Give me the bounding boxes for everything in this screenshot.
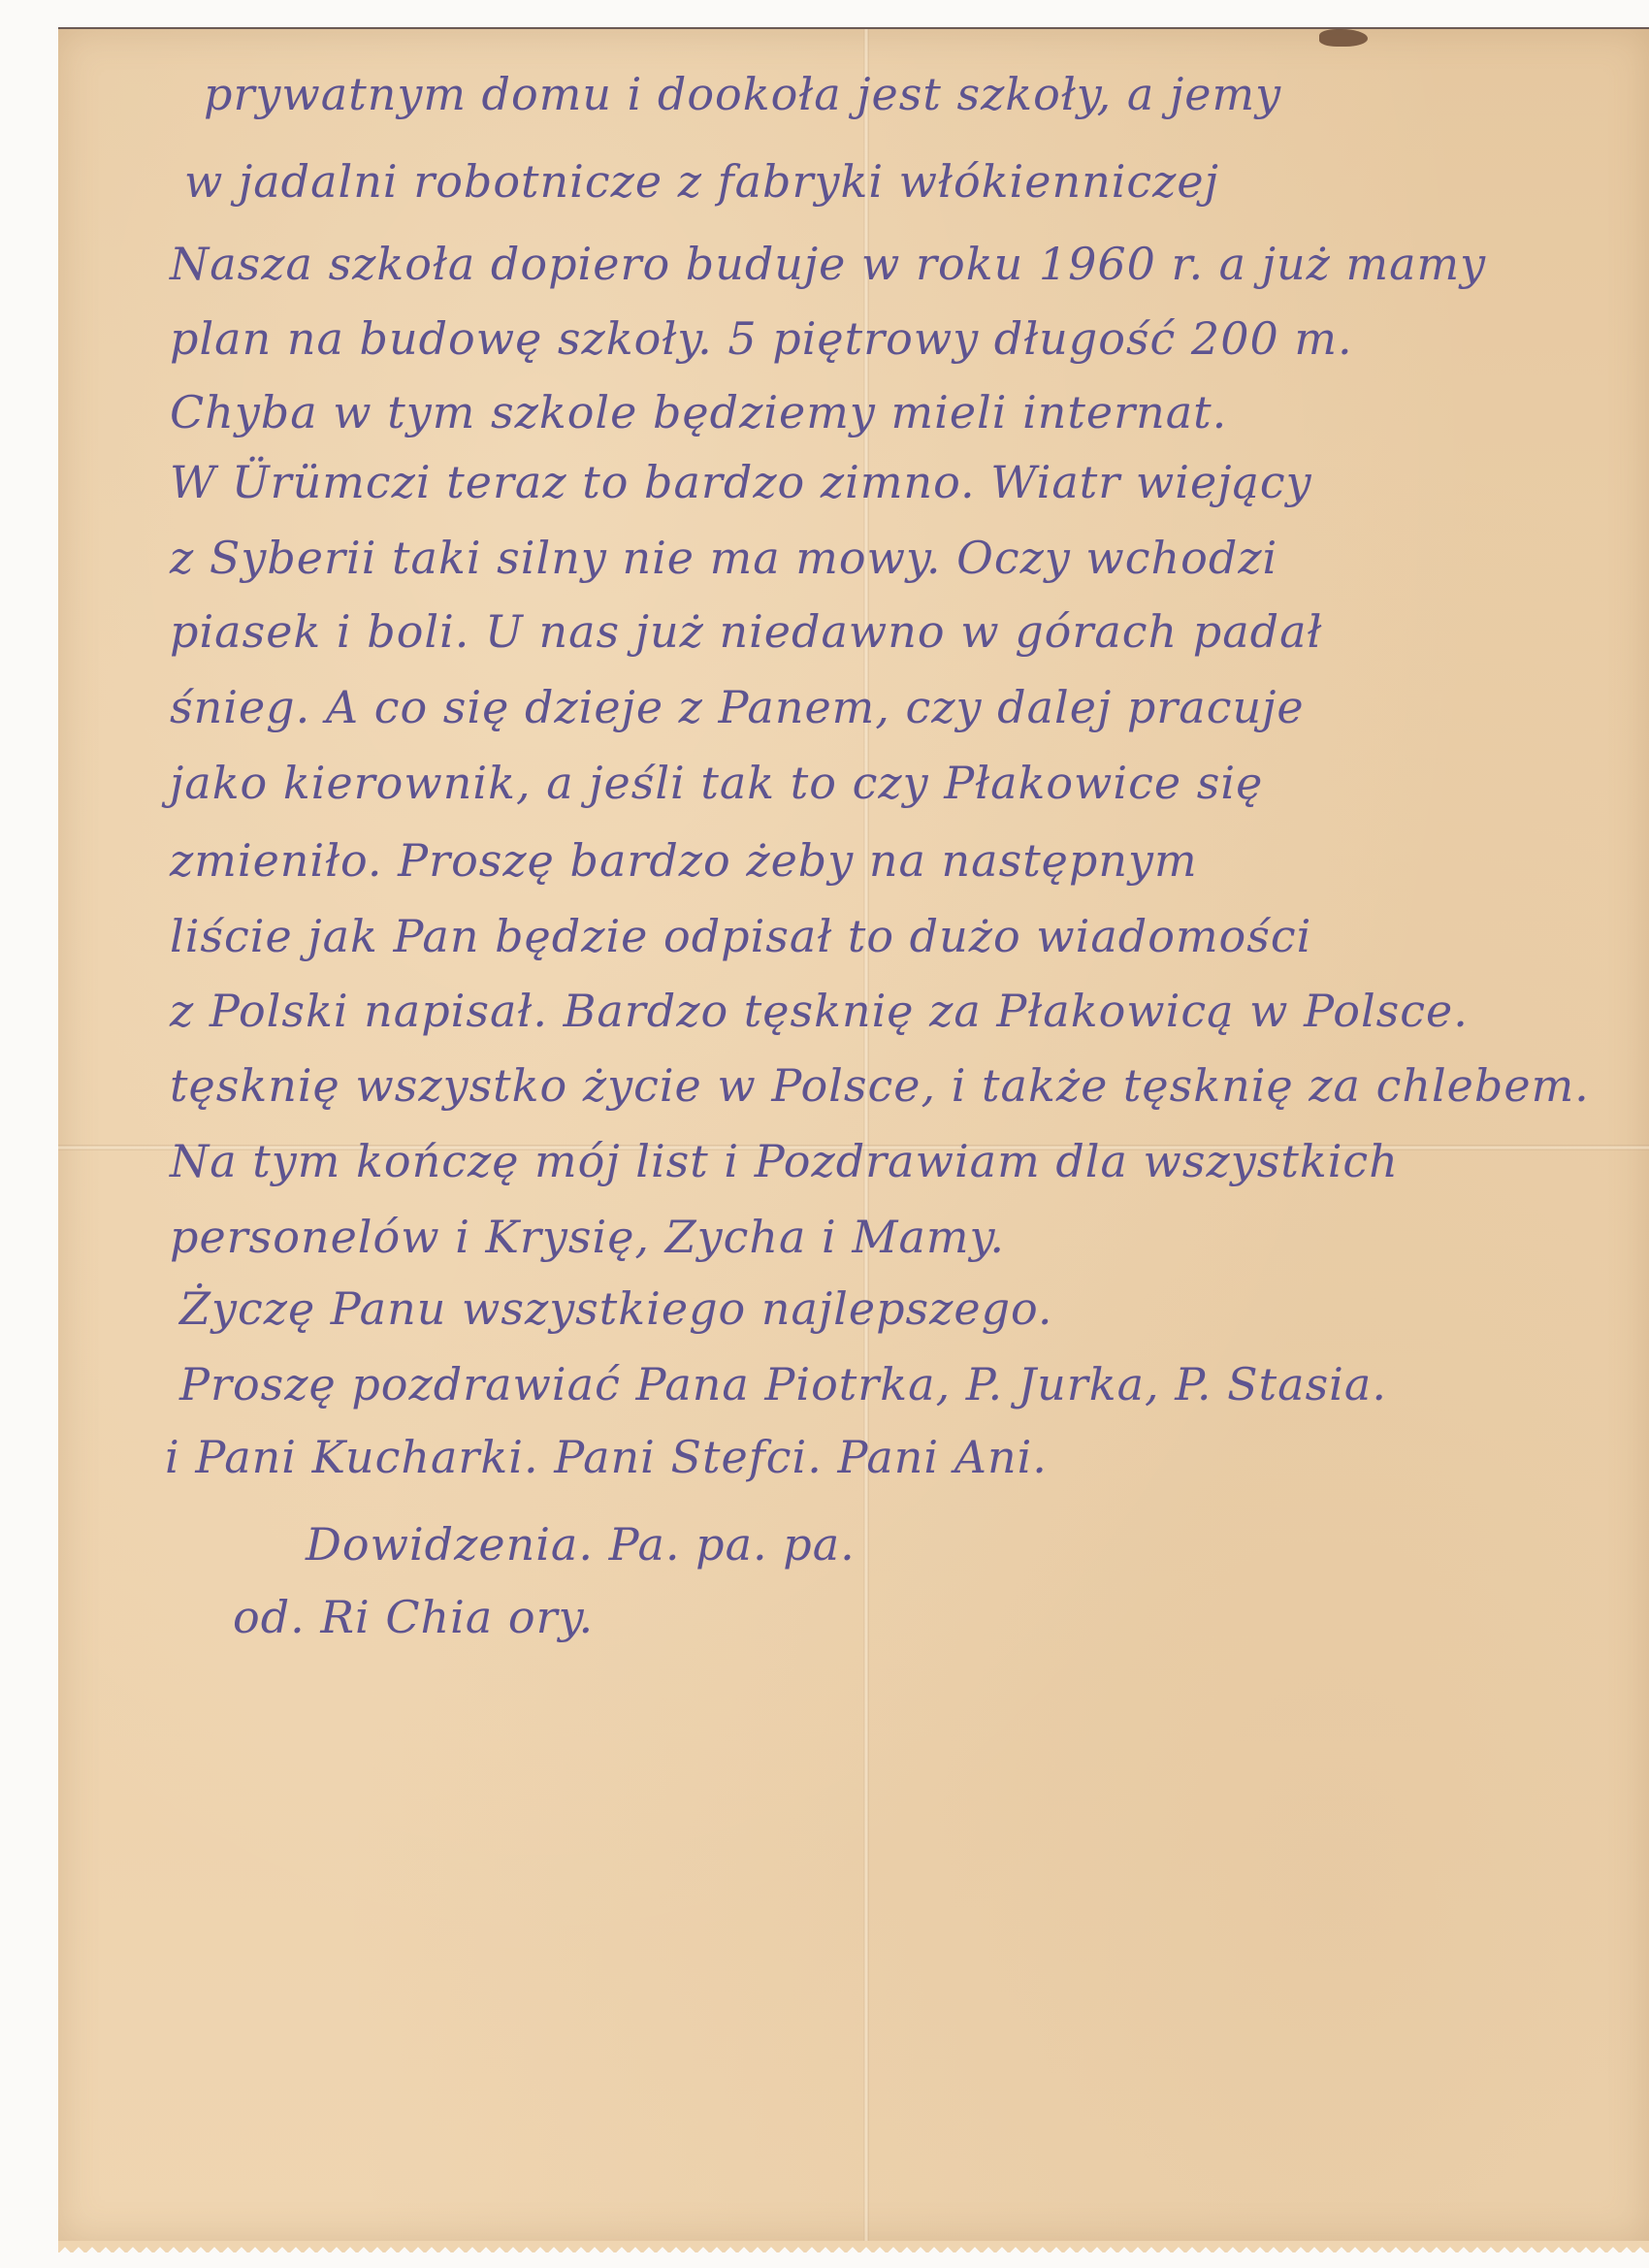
letter-line: plan na budowę szkoły. 5 piętrowy długoś… xyxy=(170,312,1353,365)
letter-line: Proszę pozdrawiać Pana Piotrka, P. Jurka… xyxy=(179,1358,1387,1410)
ink-stain xyxy=(1319,29,1368,47)
letter-line: Na tym kończę mój list i Pozdrawiam dla … xyxy=(170,1135,1399,1187)
letter-line: Życzę Panu wszystkiego najlepszego. xyxy=(179,1282,1053,1335)
letter-line: z Syberii taki silny nie ma mowy. Oczy w… xyxy=(170,532,1277,584)
letter-line: Nasza szkoła dopiero buduje w roku 1960 … xyxy=(170,238,1486,290)
letter-line: piasek i boli. U nas już niedawno w góra… xyxy=(170,605,1322,658)
letter-line: jako kierownik, a jeśli tak to czy Płako… xyxy=(170,757,1263,809)
signature: od. Ri Chia ory. xyxy=(233,1591,594,1643)
letter-line: i Pani Kucharki. Pani Stefci. Pani Ani. xyxy=(165,1431,1048,1483)
letter-line: W Ürümczi teraz to bardzo zimno. Wiatr w… xyxy=(170,456,1312,508)
closing-line: Dowidzenia. Pa. pa. pa. xyxy=(306,1518,856,1571)
letter-line: w jadalni robotnicze z fabryki włókienni… xyxy=(184,155,1219,208)
letter-line: Chyba w tym szkole będziemy mieli intern… xyxy=(170,386,1227,438)
letter-line: z Polski napisał. Bardzo tęsknię za Płak… xyxy=(170,985,1469,1037)
letter-line: tęsknię wszystko życie w Polsce, i także… xyxy=(170,1059,1590,1112)
letter-line: śnieg. A co się dzieje z Panem, czy dale… xyxy=(170,681,1305,733)
letter-line: zmieniło. Proszę bardzo żeby na następny… xyxy=(170,834,1198,887)
letter-line: prywatnym domu i dookoła jest szkoły, a … xyxy=(204,68,1281,120)
letter-line: personelów i Krysię, Zycha i Mamy. xyxy=(170,1211,1005,1263)
letter-paper: prywatnym domu i dookoła jest szkoły, a … xyxy=(58,27,1649,2243)
letter-line: liście jak Pan będzie odpisał to dużo wi… xyxy=(170,910,1311,962)
